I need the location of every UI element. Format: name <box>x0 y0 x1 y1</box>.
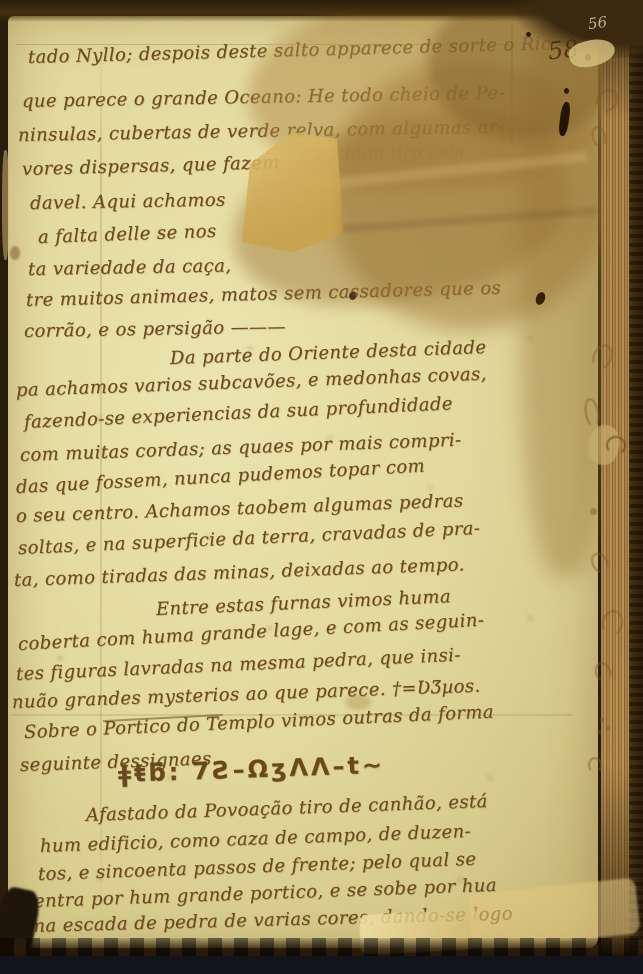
manuscript-line: corrão, e os persigão ——— <box>24 317 286 341</box>
book-page-edges <box>601 8 631 953</box>
ink-blot <box>349 292 356 300</box>
manuscript-line: fazendo-se experiencias da sua profundid… <box>24 394 454 433</box>
manuscript-line: vores dispersas, que fazem <box>22 153 280 180</box>
manuscript-line: davel. Aqui achamos <box>30 191 226 214</box>
manuscript-page: tado Nyllo; despois deste salto apparece… <box>8 16 598 948</box>
worm-stain <box>588 757 602 773</box>
paper-tear-left <box>2 150 9 260</box>
manuscript-line: Da parte do Oriente desta cidade <box>170 338 487 369</box>
manuscript-photo: tado Nyllo; despois deste salto apparece… <box>0 0 643 974</box>
inscription-symbols: ǂŧƃ: 7Ƨ–ΩʒΛΛ–t~ <box>118 753 386 786</box>
manuscript-line: ta, como tiradas das minas, deixadas ao … <box>14 555 465 591</box>
page-number-faint: 56 <box>587 13 608 33</box>
worm-stain <box>590 508 597 515</box>
foxing-spot <box>10 246 20 260</box>
manuscript-line: Afastado da Povoação tiro de canhão, est… <box>86 792 488 826</box>
book-cover-edge <box>629 0 643 974</box>
photo-background <box>0 956 643 974</box>
manuscript-line: soltas, e na superficie da terra, cravad… <box>18 519 481 559</box>
worm-stain-dots <box>600 718 604 722</box>
manuscript-line: a falta delle se nos <box>38 222 217 248</box>
ink-blot <box>564 88 569 94</box>
manuscript-line: ta variedade da caça, <box>28 256 232 279</box>
